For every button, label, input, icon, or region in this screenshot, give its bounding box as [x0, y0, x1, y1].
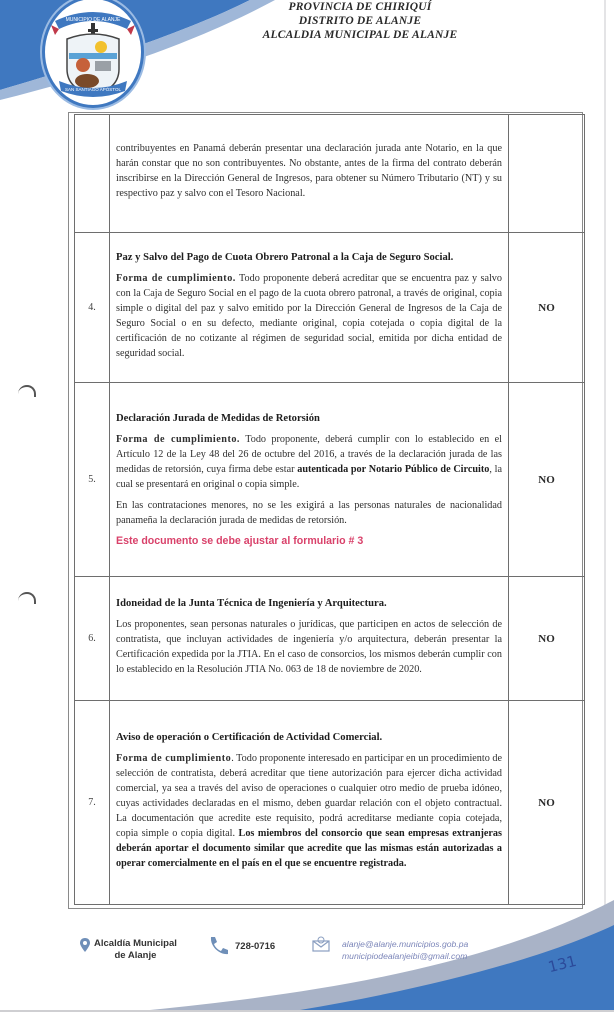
requirement-description: Declaración Jurada de Medidas de Retorsi… [110, 383, 509, 577]
requirement-number: 5. [75, 383, 110, 577]
form-reference-note: Este documento se debe ajustar al formul… [116, 534, 502, 549]
requirement-number: 7. [75, 701, 110, 905]
letterhead-line-district: DISTRITO DE ALANJE [150, 14, 570, 28]
requirement-paragraph: Los proponentes, sean personas naturales… [116, 617, 502, 677]
requirement-description: contribuyentes en Panamá deberán present… [110, 115, 509, 233]
compliance-label: Forma de cumplimiento [116, 753, 231, 764]
letterhead-line-province: PROVINCIA DE CHIRIQUÍ [150, 0, 570, 14]
requirement-number: 4. [75, 233, 110, 383]
requirement-title: Idoneidad de la Junta Técnica de Ingenie… [116, 596, 502, 611]
requirement-answer: NO [509, 577, 585, 701]
requirement-row: contribuyentes en Panamá deberán present… [75, 115, 585, 233]
crest-icon: MUNICIPIO DE ALANJE SAN SANTIAGO APÓSTOL [45, 0, 141, 105]
requirement-row: 6.Idoneidad de la Junta Técnica de Ingen… [75, 577, 585, 701]
requirement-title: Paz y Salvo del Pago de Cuota Obrero Pat… [116, 250, 502, 265]
requirement-number: 6. [75, 577, 110, 701]
footer-address-line2: de Alanje [94, 950, 177, 962]
svg-text:MUNICIPIO DE ALANJE: MUNICIPIO DE ALANJE [66, 17, 121, 23]
paragraph-text: Los proponentes, sean personas naturales… [116, 619, 502, 675]
requirement-answer: NO [509, 233, 585, 383]
page-edge [604, 0, 606, 1010]
paragraph-text: . Todo proponente interesado en particip… [116, 753, 502, 839]
punch-hole-mark [18, 385, 36, 397]
requirement-paragraph: contribuyentes en Panamá deberán present… [116, 141, 502, 201]
paragraph-text: contribuyentes en Panamá deberán present… [116, 143, 502, 199]
requirement-row: 7.Aviso de operación o Certificación de … [75, 701, 585, 905]
paragraph-text: En las contrataciones menores, no se les… [116, 500, 502, 526]
compliance-label: Forma de cumplimiento. [116, 273, 236, 284]
requirement-paragraph: Forma de cumplimiento. Todo proponente, … [116, 432, 502, 492]
footer-address-line1: Alcaldía Municipal [94, 938, 177, 950]
requirement-row: 4.Paz y Salvo del Pago de Cuota Obrero P… [75, 233, 585, 383]
requirement-title: Declaración Jurada de Medidas de Retorsi… [116, 411, 502, 426]
requirement-paragraph: Forma de cumplimiento. Todo proponente i… [116, 751, 502, 871]
requirement-description: Idoneidad de la Junta Técnica de Ingenie… [110, 577, 509, 701]
requirement-answer [509, 115, 585, 233]
letterhead-line-municipality: ALCALDIA MUNICIPAL DE ALANJE [150, 28, 570, 42]
svg-text:SAN SANTIAGO APÓSTOL: SAN SANTIAGO APÓSTOL [65, 86, 121, 92]
requirement-paragraph: Forma de cumplimiento. Todo proponente d… [116, 271, 502, 361]
requirement-answer: NO [509, 383, 585, 577]
requirement-row: 5.Declaración Jurada de Medidas de Retor… [75, 383, 585, 577]
footer-email-secondary[interactable]: municipiodealanjeibi@gmail.com [342, 950, 468, 962]
emphasized-text: autenticada por Notario Público de Circu… [297, 464, 489, 475]
footer-email-primary[interactable]: alanje@alanje.municipios.gob.pa [342, 938, 468, 950]
punch-hole-mark [18, 592, 36, 604]
compliance-label: Forma de cumplimiento. [116, 434, 240, 445]
requirement-title: Aviso de operación o Certificación de Ac… [116, 730, 502, 745]
footer-phone: 728-0716 [208, 936, 275, 956]
phone-icon [208, 936, 230, 956]
letterhead-title: PROVINCIA DE CHIRIQUÍ DISTRITO DE ALANJE… [150, 0, 570, 42]
requirement-answer: NO [509, 701, 585, 905]
footer-emails: alanje@alanje.municipios.gob.pa municipi… [342, 938, 468, 962]
municipal-crest-logo: MUNICIPIO DE ALANJE SAN SANTIAGO APÓSTOL [42, 0, 144, 108]
map-pin-icon [80, 938, 90, 952]
paragraph-text: Todo proponente deberá acreditar que se … [116, 273, 502, 359]
requirement-description: Paz y Salvo del Pago de Cuota Obrero Pat… [110, 233, 509, 383]
envelope-icon [312, 936, 330, 952]
footer-address: Alcaldía Municipal de Alanje [80, 938, 177, 962]
requirements-table: contribuyentes en Panamá deberán present… [74, 114, 585, 905]
requirement-description: Aviso de operación o Certificación de Ac… [110, 701, 509, 905]
requirement-number [75, 115, 110, 233]
page-bottom-edge [0, 1010, 614, 1012]
requirement-paragraph: En las contrataciones menores, no se les… [116, 498, 502, 528]
footer-phone-number: 728-0716 [235, 941, 275, 952]
